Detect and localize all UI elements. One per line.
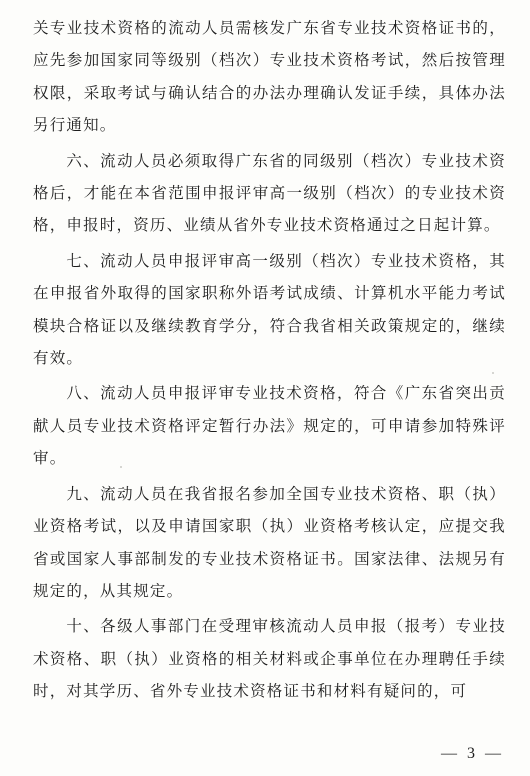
paragraph-clause-9: 九、流动人员在我省报名参加全国专业技术资格、职（执）业资格考试，以及申请国家职（…: [33, 479, 506, 609]
scanned-document-page: { "document": { "colors": { "ink": "#1d1…: [0, 0, 530, 776]
scan-artifact: [492, 372, 494, 374]
scan-artifact: [120, 466, 122, 468]
paragraph-continuation: 关专业技术资格的流动人员需核发广东省专业技术资格证书的，应先参加国家同等级别（档…: [33, 13, 506, 143]
paragraph-clause-6: 六、流动人员必须取得广东省的同级别（档次）专业技术资格后，才能在本省范围申报评审…: [33, 146, 506, 243]
scan-artifact: [446, 252, 449, 254]
paragraph-clause-8: 八、流动人员申报评审专业技术资格，符合《广东省突出贡献人员专业技术资格评定暂行办…: [33, 378, 506, 475]
paragraph-clause-7: 七、流动人员申报评审高一级别（档次）专业技术资格，其在申报省外取得的国家职称外语…: [33, 246, 506, 376]
paragraph-clause-10: 十、各级人事部门在受理审核流动人员申报（报考）专业技术资格、职（执）业资格的相关…: [33, 611, 506, 708]
page-number: — 3 —: [441, 742, 504, 766]
document-body: 关专业技术资格的流动人员需核发广东省专业技术资格证书的，应先参加国家同等级别（档…: [33, 13, 506, 712]
